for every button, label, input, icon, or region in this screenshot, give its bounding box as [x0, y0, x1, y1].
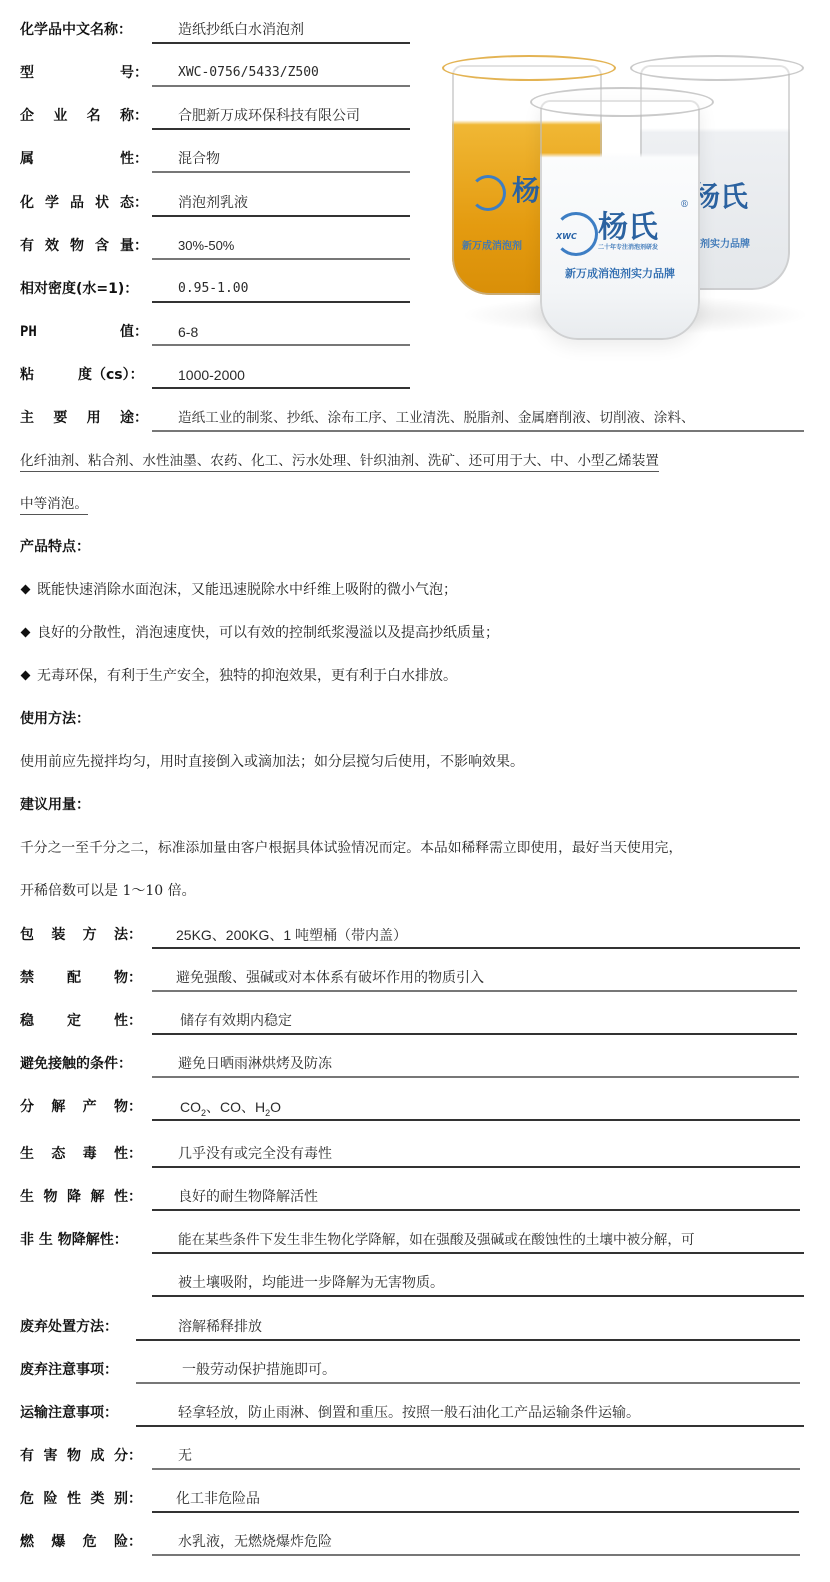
field-hazardous-components: 有 害 物 成 分： 无 — [0, 1446, 830, 1470]
field-value: 1000-2000 — [178, 365, 245, 385]
field-value: 造纸工业的制浆、抄纸、涂布工序、工业清洗、脱脂剂、金属磨削液、切削液、涂料、 — [178, 408, 695, 428]
field-value: 储存有效期内稳定 — [180, 1011, 292, 1031]
text: 良好的分散性，消泡速度快，可以有效的控制纸浆漫溢以及提高抄纸质量； — [37, 625, 499, 641]
dosage-line-2: 开稀倍数可以是 1～10 倍。 — [20, 881, 196, 901]
underline — [152, 1295, 804, 1297]
beaker-rim — [530, 87, 714, 117]
field-value: 6-8 — [178, 322, 198, 342]
feature-item: 既能快速消除水面泡沫，又能迅速脱除水中纤维上吸附的微小气泡； — [20, 580, 457, 600]
product-photo: 杨氏 泡剂实力品牌 杨氏 新万成消泡剂 XWC 杨氏 ® 二十年专注消泡剂研发 … — [440, 25, 825, 355]
field-value: 消泡剂乳液 — [178, 193, 248, 213]
feature-item: 良好的分散性，消泡速度快，可以有效的控制纸浆漫溢以及提高抄纸质量； — [20, 623, 499, 643]
underline — [152, 1076, 799, 1078]
field-value: 被土壤吸附，均能进一步降解为无害物质。 — [178, 1273, 444, 1293]
field-value: XWC-0756/5433/Z500 — [178, 63, 319, 83]
field-value: 造纸抄纸白水消泡剂 — [178, 20, 304, 40]
slogan: 新万成消泡剂实力品牌 — [548, 265, 692, 281]
logo-text: XWC — [556, 232, 577, 241]
label-char: 性 — [67, 1489, 81, 1509]
field-value: 几乎没有或完全没有毒性 — [178, 1144, 332, 1164]
text: O — [270, 1099, 281, 1115]
label-char: PH — [20, 322, 37, 342]
text: 既能快速消除水面泡沫，又能迅速脱除水中纤维上吸附的微小气泡； — [37, 582, 457, 598]
label-char: 配 — [67, 968, 81, 988]
label-char: 属 — [20, 149, 34, 169]
label-char: 含 — [95, 236, 109, 256]
label-char: 状 — [95, 193, 109, 213]
field-label: 化 学 品 状 态： — [20, 193, 148, 213]
underline — [152, 344, 410, 346]
field-label: 生 态 毒 性： — [20, 1144, 142, 1164]
underline — [152, 85, 410, 87]
underline — [152, 258, 410, 260]
underline — [152, 387, 410, 389]
underline — [152, 42, 410, 44]
field-ecotoxicity: 生 态 毒 性： 几乎没有或完全没有毒性 — [0, 1144, 830, 1168]
text: 无毒环保，有利于生产安全，独特的抑泡效果，更有利于白水排放。 — [37, 668, 457, 684]
field-abiotic-degradation-cont: 被土壤吸附，均能进一步降解为无害物质。 — [0, 1273, 830, 1297]
field-biodegradability: 生 物 降 解 性： 良好的耐生物降解活性 — [0, 1187, 830, 1211]
field-value: 溶解稀释排放 — [178, 1317, 262, 1337]
label-char: 性： — [114, 1011, 142, 1031]
field-label: 有 害 物 成 分： — [20, 1446, 142, 1466]
label-char: 非 — [20, 1232, 34, 1248]
diamond-bullet-icon — [21, 670, 31, 680]
brand-name: 杨氏 — [598, 202, 688, 246]
field-value: 一般劳动保护措施即可。 — [182, 1360, 336, 1380]
label-char: 生 — [20, 1144, 34, 1164]
label-char: 别： — [114, 1489, 142, 1509]
field-disposal-method: 废弃处置方法： 溶解稀释排放 — [0, 1317, 830, 1341]
field-value: 无 — [178, 1446, 192, 1466]
field-label: 化学品中文名称： — [20, 20, 148, 40]
underline — [136, 1382, 800, 1384]
field-explosion-hazard: 燃 爆 危 险： 水乳液，无燃烧爆炸危险 — [0, 1532, 830, 1556]
label-char: 有 — [20, 1446, 34, 1466]
label-char: 度（cs）： — [78, 367, 144, 383]
field-label: 包 装 方 法： — [20, 925, 142, 945]
label-char: 危 — [20, 1489, 34, 1509]
label-char: 物 — [67, 1446, 81, 1466]
field-value: 避免强酸、强碱或对本体系有破坏作用的物质引入 — [176, 968, 484, 988]
label-char: 性： — [114, 1144, 142, 1164]
field-viscosity: 粘度（cs）： 1000-2000 — [0, 365, 830, 389]
main-use-line-2: 化纤油剂、粘合剂、水性油墨、农药、化工、污水处理、针织油剂、洗矿、还可用于大、中… — [20, 451, 659, 471]
beaker-rim — [630, 55, 804, 81]
label-char: 解 — [51, 1097, 65, 1117]
label-char: 值： — [120, 322, 148, 342]
field-transport-notes: 运输注意事项： 轻拿轻放，防止雨淋、倒置和重压。按照一般石油化工产品运输条件运输… — [0, 1403, 830, 1427]
label-char: 物降解性： — [58, 1232, 128, 1248]
field-incompatible: 禁 配 物： 避免强酸、强碱或对本体系有破坏作用的物质引入 — [0, 968, 830, 992]
label-char: 包 — [20, 925, 34, 945]
field-label: 稳 定 性： — [20, 1011, 142, 1031]
field-label: 型 号： — [20, 63, 148, 83]
field-value: 25KG、200KG、1 吨塑桶（带内盖） — [176, 925, 407, 945]
label-char: 类 — [91, 1489, 105, 1509]
label-char: 产 — [83, 1097, 97, 1117]
field-label: 运输注意事项： — [20, 1403, 140, 1423]
underline — [152, 171, 410, 173]
label-char: 成 — [91, 1446, 105, 1466]
field-stability: 稳 定 性： 储存有效期内稳定 — [0, 1011, 830, 1035]
dosage-line-1: 千分之一至千分之二，标准添加量由客户根据具体试验情况而定。本品如稀释需立即使用，… — [20, 838, 682, 858]
field-value: 轻拿轻放，防止雨淋、倒置和重压。按照一般石油化工产品运输条件运输。 — [178, 1403, 640, 1423]
label-char: 主 — [20, 408, 34, 428]
label-char: 方 — [83, 925, 97, 945]
field-value: 化工非危险品 — [176, 1489, 260, 1509]
label-char: 粘 — [20, 367, 34, 383]
label-char: 学 — [45, 193, 59, 213]
underline — [152, 1119, 800, 1121]
field-avoid-conditions: 避免接触的条件： 避免日晒雨淋烘烤及防冻 — [0, 1054, 830, 1078]
underline — [152, 1033, 797, 1035]
label-char: 燃 — [20, 1532, 34, 1552]
underline — [136, 1425, 804, 1427]
label-char: 途： — [120, 408, 148, 428]
field-hazard-class: 危 险 性 类 别： 化工非危险品 — [0, 1489, 830, 1513]
field-label: 相对密度(水=1)： — [20, 279, 148, 299]
field-label: 主 要 用 途： — [20, 408, 148, 428]
main-use-line-3: 中等消泡。 — [20, 494, 88, 514]
field-label: 属 性： — [20, 149, 148, 169]
field-value: 水乳液，无燃烧爆炸危险 — [178, 1532, 332, 1552]
tagline: 二十年专注消泡剂研发 — [598, 242, 698, 251]
label-char: 物： — [114, 968, 142, 988]
label-char: 爆 — [51, 1532, 65, 1552]
field-value: 混合物 — [178, 149, 220, 169]
label-char: 分： — [114, 1446, 142, 1466]
label-char: 禁 — [20, 968, 34, 988]
text: 化纤油剂、粘合剂、水性油墨、农药、化工、污水处理、针织油剂、洗矿、还可用于大、中… — [20, 453, 659, 472]
label-char: 态： — [120, 193, 148, 213]
field-disposal-notes: 废弃注意事项： 一般劳动保护措施即可。 — [0, 1360, 830, 1384]
label-char: 要 — [53, 408, 67, 428]
label-char: 态 — [51, 1144, 65, 1164]
field-value: 良好的耐生物降解活性 — [178, 1187, 318, 1207]
label-char: 毒 — [83, 1144, 97, 1164]
label-char: 险 — [44, 1489, 58, 1509]
diamond-bullet-icon — [21, 627, 31, 637]
underline — [152, 301, 410, 303]
label-char: 解 — [91, 1187, 105, 1207]
underline — [152, 1209, 800, 1211]
field-packaging: 包 装 方 法： 25KG、200KG、1 吨塑桶（带内盖） — [0, 925, 830, 949]
field-label: PH 值： — [20, 322, 148, 342]
field-label: 生 物 降 解 性： — [20, 1187, 142, 1207]
field-decomposition: 分 解 产 物： CO2、CO、H2O — [0, 1097, 830, 1121]
text: 、CO、H — [206, 1099, 265, 1115]
field-value: 0.95-1.00 — [178, 279, 248, 299]
logo-icon — [470, 175, 506, 211]
label-char: 品 — [70, 193, 84, 213]
label-char: 性： — [114, 1187, 142, 1207]
underline — [152, 430, 804, 432]
field-label: 有 效 物 含 量： — [20, 236, 148, 256]
label-char: 量： — [120, 236, 148, 256]
features-title: 产品特点： — [20, 537, 90, 557]
field-label: 危 险 性 类 别： — [20, 1489, 142, 1509]
label-char: 物： — [114, 1097, 142, 1117]
label-char: 生 — [39, 1232, 53, 1248]
label-char: 物 — [70, 236, 84, 256]
label-char: 分 — [20, 1097, 34, 1117]
field-label: 燃 爆 危 险： — [20, 1532, 142, 1552]
label-char: 降 — [67, 1187, 81, 1207]
underline — [152, 215, 410, 217]
label-char: 物 — [44, 1187, 58, 1207]
underline — [152, 1166, 800, 1168]
underline — [152, 1554, 800, 1556]
label-char: 名 — [87, 106, 101, 126]
label-char: 装 — [51, 925, 65, 945]
feature-item: 无毒环保，有利于生产安全，独特的抑泡效果，更有利于白水排放。 — [20, 666, 457, 686]
field-label: 废弃处置方法： — [20, 1317, 140, 1337]
field-value: 避免日晒雨淋烘烤及防冻 — [178, 1054, 332, 1074]
field-label: 非 生 物降解性： — [20, 1230, 148, 1250]
label-char: 法： — [114, 925, 142, 945]
beaker-rim — [442, 55, 616, 81]
field-label: 废弃注意事项： — [20, 1360, 140, 1380]
label-char: 性： — [120, 149, 148, 169]
underline — [136, 1339, 800, 1341]
label-char: 稳 — [20, 1011, 34, 1031]
field-label: 禁 配 物： — [20, 968, 142, 988]
label-char: 用 — [87, 408, 101, 428]
text: CO — [180, 1099, 201, 1115]
label-char: 险： — [114, 1532, 142, 1552]
label-char: 化 — [20, 193, 34, 213]
label-char: 效 — [45, 236, 59, 256]
field-value: 30%-50% — [178, 236, 234, 256]
label-char: 企 — [20, 106, 34, 126]
underline — [152, 990, 797, 992]
label-char: 危 — [83, 1532, 97, 1552]
field-label: 企 业 名 称： — [20, 106, 148, 126]
label-char: 害 — [44, 1446, 58, 1466]
milk-beaker: XWC 杨氏 ® 二十年专注消泡剂研发 新万成消泡剂实力品牌 — [540, 100, 700, 340]
underline — [152, 1252, 804, 1254]
underline — [152, 1511, 799, 1513]
text: 中等消泡。 — [20, 496, 88, 515]
field-label: 避免接触的条件： — [20, 1054, 148, 1074]
field-value: 能在某些条件下发生非生物化学降解，如在强酸及强碱或在酸蚀性的土壤中被分解，可 — [178, 1230, 695, 1250]
label-char: 生 — [20, 1187, 34, 1207]
label-char: 定 — [67, 1011, 81, 1031]
field-label: 分 解 产 物： — [20, 1097, 142, 1117]
label-char: 称： — [120, 106, 148, 126]
registered-mark: ® — [680, 200, 689, 210]
field-label: 粘度（cs）： — [20, 365, 148, 385]
usage-title: 使用方法： — [20, 709, 90, 729]
field-main-use: 主 要 用 途： 造纸工业的制浆、抄纸、涂布工序、工业清洗、脱脂剂、金属磨削液、… — [0, 408, 830, 432]
usage-text: 使用前应先搅拌均匀，用时直接倒入或滴加法；如分层搅匀后使用，不影响效果。 — [20, 752, 524, 772]
underline — [152, 128, 410, 130]
label-char: 号： — [120, 63, 148, 83]
label-char: 业 — [53, 106, 67, 126]
label-char: 型 — [20, 63, 34, 83]
diamond-bullet-icon — [21, 584, 31, 594]
dosage-title: 建议用量： — [20, 795, 90, 815]
field-value: 合肥新万成环保科技有限公司 — [178, 106, 360, 126]
label-char: 有 — [20, 236, 34, 256]
field-abiotic-degradation: 非 生 物降解性： 能在某些条件下发生非生物化学降解，如在强酸及强碱或在酸蚀性的… — [0, 1230, 830, 1254]
underline — [152, 1468, 800, 1470]
underline — [152, 947, 800, 949]
